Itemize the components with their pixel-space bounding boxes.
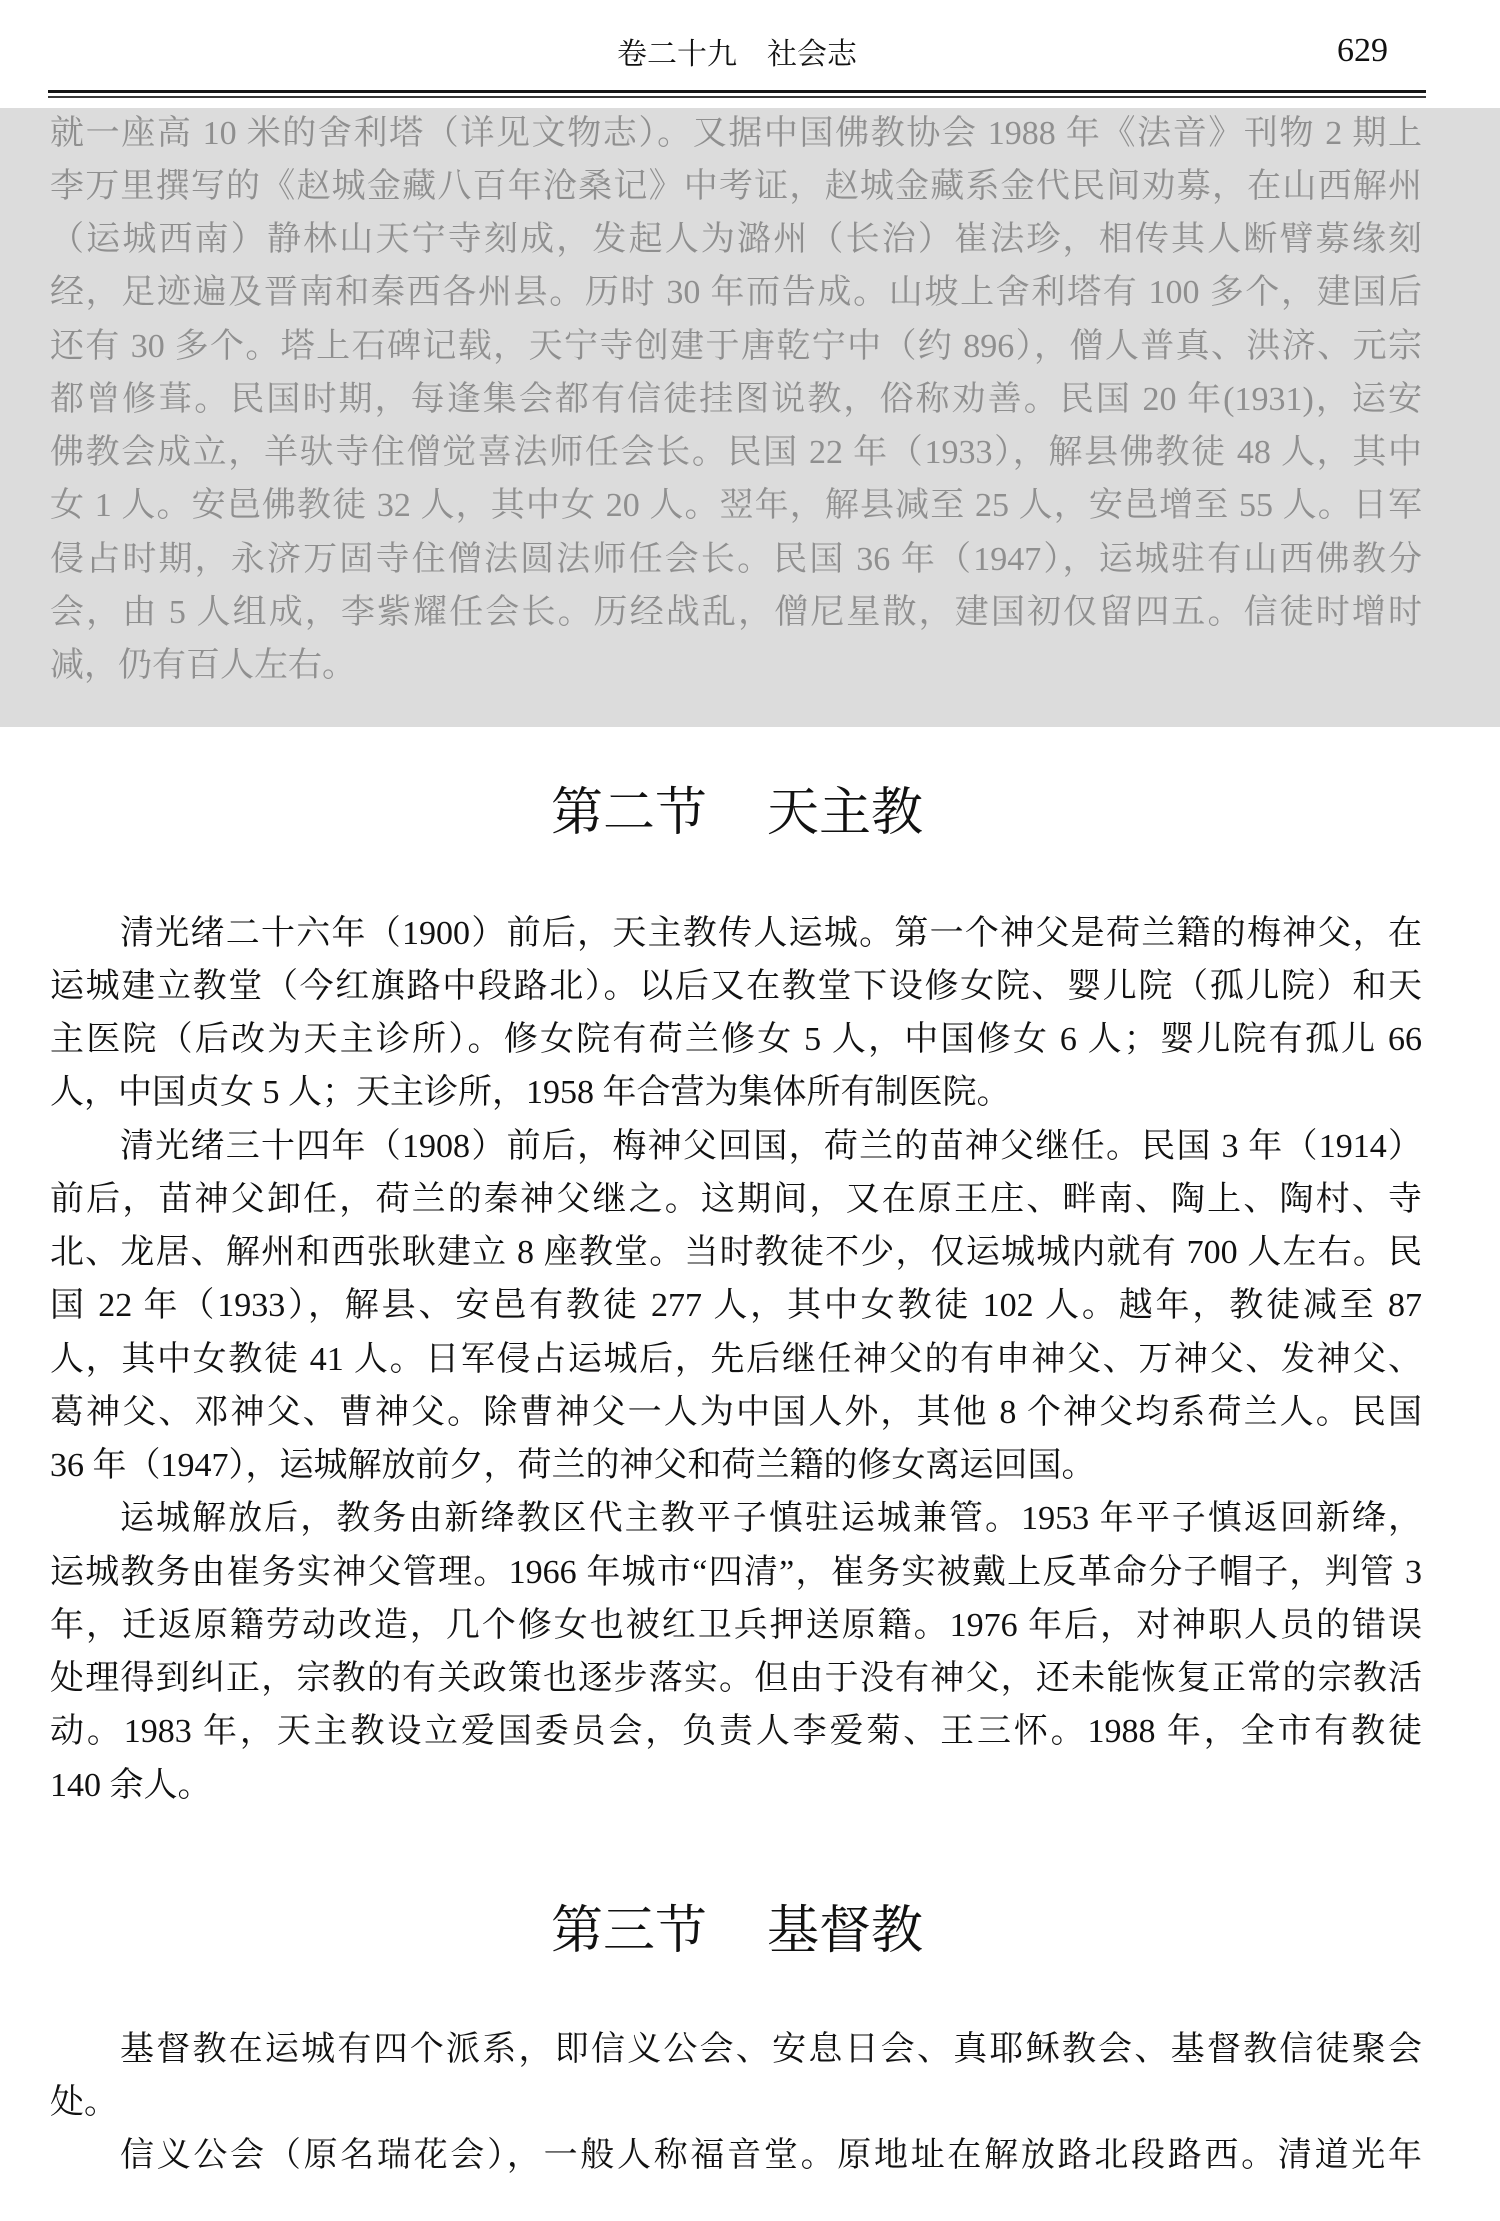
- section-body: 基督教在运城有四个派系，即信义公会、安息日会、真耶稣教会、基督教信徒聚会 处。 …: [50, 2023, 1422, 2183]
- text-line: （运城西南）静林山天宁寺刻成，发起人为潞州（长治）崔法珍，相传其人断臂募缘刻: [50, 213, 1422, 266]
- text-line: 葛神父、邓神父、曹神父。除曹神父一人为中国人外，其他 8 个神父均系荷兰人。民国: [50, 1386, 1422, 1439]
- text-line: 国 22 年（1933），解县、安邑有教徒 277 人，其中女教徒 102 人。…: [50, 1279, 1422, 1332]
- text-line: 经，足迹遍及晋南和秦西各州县。历时 30 年而告成。山坡上舍利塔有 100 多个…: [50, 266, 1422, 319]
- text-line: 运城建立教堂（今红旗路中段路北）。以后又在教堂下设修女院、婴儿院（孤儿院）和天: [50, 960, 1422, 1013]
- section-number: 第三节: [551, 1903, 707, 1960]
- section-title: 天主教: [767, 785, 923, 842]
- text-line: 动。1983 年，天主教设立爱国委员会，负责人李爱菊、王三怀。1988 年，全市…: [50, 1705, 1422, 1758]
- text-line: 信义公会（原名瑞花会），一般人称福音堂。原地址在解放路北段路西。清道光年: [50, 2129, 1422, 2182]
- text-line: 北、龙居、解州和西张耿建立 8 座教堂。当时教徒不少，仅运城城内就有 700 人…: [50, 1226, 1422, 1279]
- section-number: 第二节: [551, 785, 707, 842]
- text-line: 就一座高 10 米的舍利塔（详见文物志）。又据中国佛教协会 1988 年《法音》…: [50, 107, 1422, 160]
- text-line: 还有 30 多个。塔上石碑记载，天宁寺创建于唐乾宁中（约 896），僧人普真、洪…: [50, 320, 1422, 373]
- paragraph: 清光绪三十四年（1908）前后，梅神父回国，荷兰的苗神父继任。民国 3 年（19…: [50, 1120, 1422, 1493]
- text-line: 运城解放后，教务由新绛教区代主教平子慎驻运城兼管。1953 年平子慎返回新绛，: [50, 1492, 1422, 1545]
- text-line: 李万里撰写的《赵城金藏八百年沧桑记》中考证，赵城金藏系金代民间劝募，在山西解州: [50, 160, 1422, 213]
- text-line: 主医院（后改为天主诊所）。修女院有荷兰修女 5 人，中国修女 6 人；婴儿院有孤…: [50, 1013, 1422, 1066]
- text-line: 都曾修葺。民国时期，每逢集会都有信徒挂图说教，俗称劝善。民国 20 年(1931…: [50, 373, 1422, 426]
- text-line: 36 年（1947），运城解放前夕，荷兰的神父和荷兰籍的修女离运回国。: [50, 1439, 1422, 1492]
- text-line: 清光绪二十六年（1900）前后，天主教传人运城。第一个神父是荷兰籍的梅神父，在: [50, 907, 1422, 960]
- section-heading: 第三节基督教: [0, 1902, 1474, 1962]
- text-line: 佛教会成立，羊驮寺住僧觉喜法师任会长。民国 22 年（1933），解县佛教徒 4…: [50, 426, 1422, 479]
- page-number: 629: [1337, 31, 1388, 71]
- section-title: 基督教: [767, 1903, 923, 1960]
- text-line: 前后，苗神父卸任，荷兰的秦神父继之。这期间，又在原王庄、畔南、陶上、陶村、寺: [50, 1173, 1422, 1226]
- text-line: 处。: [50, 2076, 1422, 2129]
- text-line: 侵占时期，永济万固寺住僧法圆法师任会长。民国 36 年（1947），运城驻有山西…: [50, 533, 1422, 586]
- header-rule-thin: [48, 96, 1426, 98]
- section-heading: 第二节天主教: [0, 784, 1474, 844]
- text-line: 140 余人。: [50, 1759, 1422, 1812]
- running-head-volume: 卷二十九: [617, 38, 737, 71]
- paragraph: 清光绪二十六年（1900）前后，天主教传人运城。第一个神父是荷兰籍的梅神父，在 …: [50, 907, 1422, 1120]
- text-line: 人，中国贞女 5 人；天主诊所，1958 年合营为集体所有制医院。: [50, 1066, 1422, 1119]
- paragraph: 运城解放后，教务由新绛教区代主教平子慎驻运城兼管。1953 年平子慎返回新绛， …: [50, 1492, 1422, 1812]
- text-line: 年，迁返原籍劳动改造，几个修女也被红卫兵押送原籍。1976 年后，对神职人员的错…: [50, 1599, 1422, 1652]
- text-line: 减，仍有百人左右。: [50, 639, 1422, 692]
- text-line: 基督教在运城有四个派系，即信义公会、安息日会、真耶稣教会、基督教信徒聚会: [50, 2023, 1422, 2076]
- text-line: 会，由 5 人组成，李紫耀任会长。历经战乱，僧尼星散，建国初仅留四五。信徒时增时: [50, 586, 1422, 639]
- paragraph: 基督教在运城有四个派系，即信义公会、安息日会、真耶稣教会、基督教信徒聚会 处。: [50, 2023, 1422, 2130]
- text-line: 清光绪三十四年（1908）前后，梅神父回国，荷兰的苗神父继任。民国 3 年（19…: [50, 1120, 1422, 1173]
- running-head: 卷二十九社会志: [0, 40, 1474, 70]
- text-line: 人，其中女教徒 41 人。日军侵占运城后，先后继任神父的有申神父、万神父、发神父…: [50, 1333, 1422, 1386]
- text-line: 运城教务由崔务实神父管理。1966 年城市“四清”，崔务实被戴上反革命分子帽子，…: [50, 1546, 1422, 1599]
- header-rule-thick: [48, 90, 1426, 93]
- running-head-title: 社会志: [767, 38, 857, 71]
- section-body: 清光绪二十六年（1900）前后，天主教传人运城。第一个神父是荷兰籍的梅神父，在 …: [50, 907, 1422, 1812]
- shaded-passage: 就一座高 10 米的舍利塔（详见文物志）。又据中国佛教协会 1988 年《法音》…: [50, 107, 1422, 693]
- text-line: 女 1 人。安邑佛教徒 32 人，其中女 20 人。翌年，解县减至 25 人，安…: [50, 479, 1422, 532]
- text-line: 处理得到纠正，宗教的有关政策也逐步落实。但由于没有神父，还未能恢复正常的宗教活: [50, 1652, 1422, 1705]
- paragraph: 信义公会（原名瑞花会），一般人称福音堂。原地址在解放路北段路西。清道光年: [50, 2129, 1422, 2182]
